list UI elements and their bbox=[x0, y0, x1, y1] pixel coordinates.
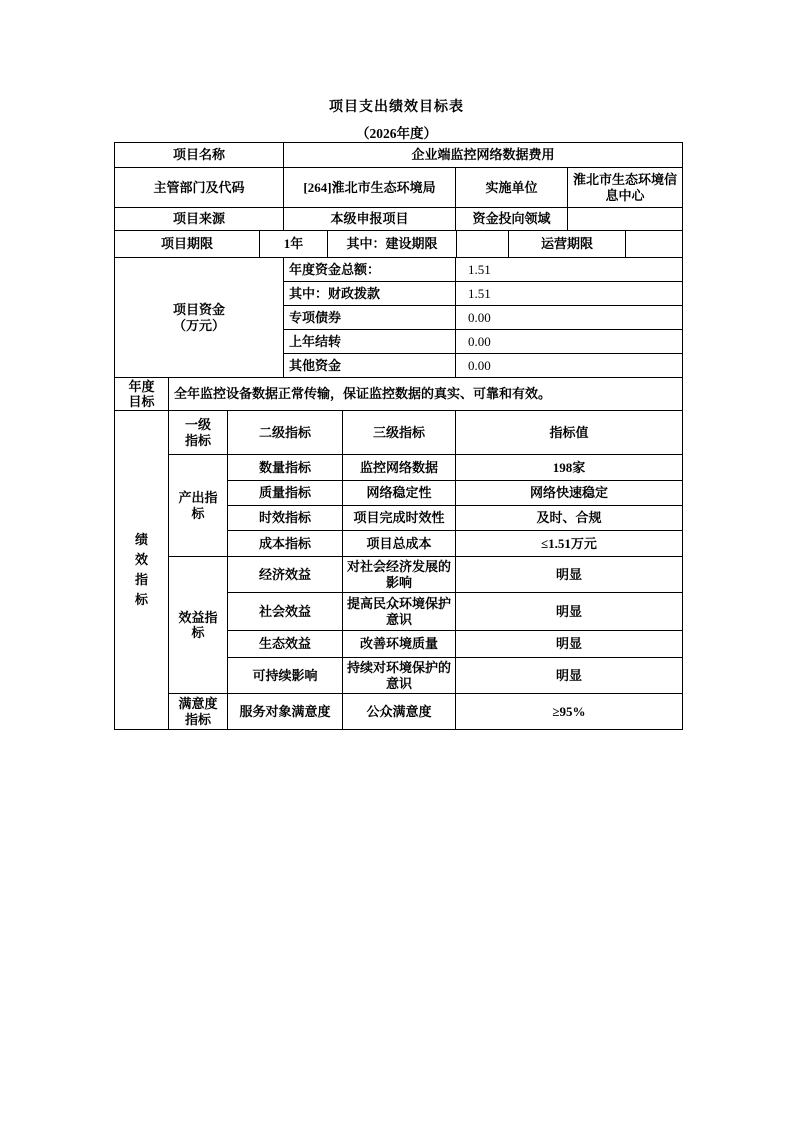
fund-name: 专项债券 bbox=[284, 306, 456, 330]
table-row: 项目来源 本级申报项目 资金投向领域 bbox=[115, 208, 683, 231]
table-row: 可持续影响 持续对环境保护的意识 明显 bbox=[228, 658, 683, 694]
indicator-value: 明显 bbox=[456, 631, 683, 658]
header-level3: 三级指标 bbox=[343, 411, 456, 455]
oper-period-value bbox=[626, 231, 683, 258]
indicator-l3: 提高民众环境保护意识 bbox=[343, 593, 456, 631]
indicator-group-satisfaction: 满意度指标 服务对象满意度 公众满意度 ≥95% bbox=[169, 694, 683, 730]
header-level2: 二级指标 bbox=[228, 411, 343, 455]
source-label: 项目来源 bbox=[115, 208, 284, 231]
indicator-l3: 网络稳定性 bbox=[343, 481, 456, 506]
project-name-label: 项目名称 bbox=[115, 143, 284, 168]
source-value: 本级申报项目 bbox=[284, 208, 456, 231]
table-row: 质量指标 网络稳定性 网络快速稳定 bbox=[228, 481, 683, 506]
indicator-group-benefit: 效益指标 经济效益 对社会经济发展的影响 明显 社会效益 提高民众环境保护意识 … bbox=[169, 557, 683, 694]
group-label: 满意度指标 bbox=[169, 694, 228, 730]
funds-rows: 年度资金总额： 1.51 其中：财政拨款 1.51 专项债券 0.00 上年结转… bbox=[284, 258, 683, 378]
funds-label: 项目资金 （万元） bbox=[115, 258, 284, 378]
annual-goal-label: 年度目标 bbox=[115, 378, 169, 411]
project-name-value: 企业端监控网络数据费用 bbox=[284, 143, 683, 168]
indicator-value: ≤1.51万元 bbox=[456, 531, 683, 557]
table-row: 数量指标 监控网络数据 198家 bbox=[228, 455, 683, 481]
indicators-body: 一级指标 二级指标 三级指标 指标值 产出指标 数量指标 监控网络数据 bbox=[169, 411, 683, 730]
table-row: 专项债券 0.00 bbox=[284, 306, 683, 330]
group-rows: 服务对象满意度 公众满意度 ≥95% bbox=[228, 694, 683, 730]
table-row: 经济效益 对社会经济发展的影响 明显 bbox=[228, 557, 683, 593]
table-row: 项目名称 企业端监控网络数据费用 bbox=[115, 143, 683, 168]
indicator-l3: 对社会经济发展的影响 bbox=[343, 557, 456, 593]
annual-goal-row: 年度目标 全年监控设备数据正常传输，保证监控数据的真实、可靠和有效。 bbox=[115, 378, 683, 411]
page-title: 项目支出绩效目标表 bbox=[0, 96, 793, 116]
indicator-value: 明显 bbox=[456, 593, 683, 631]
build-period-label: 其中：建设期限 bbox=[328, 231, 457, 258]
indicator-l3: 项目完成时效性 bbox=[343, 506, 456, 531]
fund-name: 年度资金总额： bbox=[284, 258, 456, 282]
indicator-l2: 质量指标 bbox=[228, 481, 343, 506]
fund-name: 其他资金 bbox=[284, 354, 456, 378]
indicator-l2: 生态效益 bbox=[228, 631, 343, 658]
header-level1: 一级指标 bbox=[169, 411, 228, 455]
indicator-l3: 项目总成本 bbox=[343, 531, 456, 557]
group-label: 产出指标 bbox=[169, 455, 228, 557]
fund-value: 1.51 bbox=[456, 282, 683, 306]
fund-value: 1.51 bbox=[456, 258, 683, 282]
table-row: 其中：财政拨款 1.51 bbox=[284, 282, 683, 306]
group-label-text: 满意度指标 bbox=[178, 696, 218, 727]
table-row: 成本指标 项目总成本 ≤1.51万元 bbox=[228, 531, 683, 557]
annual-goal-text: 全年监控设备数据正常传输，保证监控数据的真实、可靠和有效。 bbox=[169, 378, 683, 411]
indicator-value: 明显 bbox=[456, 557, 683, 593]
fund-value: 0.00 bbox=[456, 306, 683, 330]
indicator-l2: 服务对象满意度 bbox=[228, 694, 343, 730]
indicators-header-row: 一级指标 二级指标 三级指标 指标值 bbox=[169, 411, 683, 455]
fund-area-value bbox=[568, 208, 683, 231]
indicator-value: 198家 bbox=[456, 455, 683, 481]
indicator-l3: 监控网络数据 bbox=[343, 455, 456, 481]
indicator-l3: 持续对环境保护的意识 bbox=[343, 658, 456, 694]
indicator-l3: 公众满意度 bbox=[343, 694, 456, 730]
performance-target-table: 项目名称 企业端监控网络数据费用 主管部门及代码 [264]淮北市生态环境局 实… bbox=[114, 142, 683, 730]
group-label-text: 产出指标 bbox=[178, 490, 218, 521]
header-value: 指标值 bbox=[456, 411, 683, 455]
table-row: 时效指标 项目完成时效性 及时、合规 bbox=[228, 506, 683, 531]
table-row: 服务对象满意度 公众满意度 ≥95% bbox=[228, 694, 683, 730]
indicator-l2: 数量指标 bbox=[228, 455, 343, 481]
indicator-value: 明显 bbox=[456, 658, 683, 694]
indicator-l2: 成本指标 bbox=[228, 531, 343, 557]
indicator-l2: 经济效益 bbox=[228, 557, 343, 593]
impl-unit-value: 淮北市生态环境信息中心 bbox=[568, 168, 683, 208]
indicator-group-output: 产出指标 数量指标 监控网络数据 198家 质量指标 网络稳定性 网络快速稳定 bbox=[169, 455, 683, 557]
build-period-value bbox=[457, 231, 509, 258]
indicator-value: ≥95% bbox=[456, 694, 683, 730]
funds-section: 项目资金 （万元） 年度资金总额： 1.51 其中：财政拨款 1.51 专项债券… bbox=[115, 258, 683, 378]
page-subtitle: （2026年度） bbox=[0, 122, 793, 142]
table-row: 生态效益 改善环境质量 明显 bbox=[228, 631, 683, 658]
document-page: 项目支出绩效目标表 （2026年度） 项目名称 企业端监控网络数据费用 主管部门… bbox=[0, 0, 793, 1122]
annual-goal-label-text: 年度目标 bbox=[128, 379, 155, 410]
group-label-text: 效益指标 bbox=[178, 610, 218, 641]
indicator-l2: 可持续影响 bbox=[228, 658, 343, 694]
indicator-value: 及时、合规 bbox=[456, 506, 683, 531]
fund-value: 0.00 bbox=[456, 354, 683, 378]
funds-label-text: 项目资金 （万元） bbox=[173, 302, 225, 333]
period-label: 项目期限 bbox=[115, 231, 260, 258]
table-row: 上年结转 0.00 bbox=[284, 330, 683, 354]
group-rows: 数量指标 监控网络数据 198家 质量指标 网络稳定性 网络快速稳定 时效指标 … bbox=[228, 455, 683, 557]
indicators-section: 绩效指标 一级指标 二级指标 三级指标 指标值 产出指标 bbox=[115, 411, 683, 730]
table-row: 项目期限 1年 其中：建设期限 运营期限 bbox=[115, 231, 683, 258]
dept-code-value: [264]淮北市生态环境局 bbox=[284, 168, 456, 208]
indicators-side-label: 绩效指标 bbox=[115, 411, 169, 730]
table-row: 年度资金总额： 1.51 bbox=[284, 258, 683, 282]
fund-name: 上年结转 bbox=[284, 330, 456, 354]
fund-area-label: 资金投向领域 bbox=[456, 208, 568, 231]
dept-label: 主管部门及代码 bbox=[115, 168, 284, 208]
indicator-l2: 时效指标 bbox=[228, 506, 343, 531]
fund-name: 其中：财政拨款 bbox=[284, 282, 456, 306]
oper-period-label: 运营期限 bbox=[509, 231, 626, 258]
fund-value: 0.00 bbox=[456, 330, 683, 354]
header-level1-text: 一级指标 bbox=[185, 417, 212, 448]
period-value: 1年 bbox=[260, 231, 328, 258]
group-rows: 经济效益 对社会经济发展的影响 明显 社会效益 提高民众环境保护意识 明显 生态… bbox=[228, 557, 683, 694]
impl-unit-label: 实施单位 bbox=[456, 168, 568, 208]
table-row: 其他资金 0.00 bbox=[284, 354, 683, 378]
indicator-value: 网络快速稳定 bbox=[456, 481, 683, 506]
indicators-side-label-text: 绩效指标 bbox=[135, 530, 149, 611]
indicator-l2: 社会效益 bbox=[228, 593, 343, 631]
group-label: 效益指标 bbox=[169, 557, 228, 694]
table-row: 主管部门及代码 [264]淮北市生态环境局 实施单位 淮北市生态环境信息中心 bbox=[115, 168, 683, 208]
indicator-l3: 改善环境质量 bbox=[343, 631, 456, 658]
table-row: 社会效益 提高民众环境保护意识 明显 bbox=[228, 593, 683, 631]
